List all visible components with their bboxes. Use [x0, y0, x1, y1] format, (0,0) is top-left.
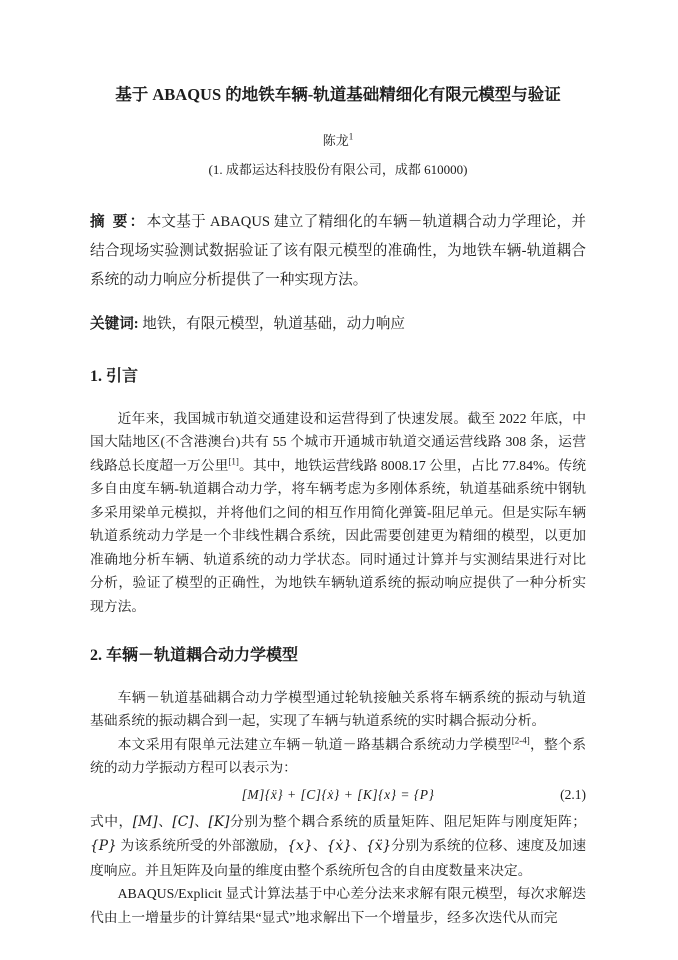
matrix-k-symbol: [K]	[208, 814, 229, 830]
abstract-paragraph: 摘 要：本文基于 ABAQUS 建立了精细化的车辆－轨道耦合动力学理论，并结合现…	[90, 208, 586, 295]
equation-expression: [M]{ẍ} + [C]{ẋ} + [K]{x} = {P}	[242, 787, 435, 802]
abstract-text: 本文基于 ABAQUS 建立了精细化的车辆－轨道耦合动力学理论，并结合现场实验测…	[90, 214, 586, 288]
affiliation: (1. 成都运达科技股份有限公司，成都 610000)	[90, 159, 586, 178]
eq-desc-text: 、	[158, 814, 173, 829]
vector-x-symbol: {x}	[287, 838, 312, 854]
citation-ref-2-4: [2-4]	[512, 735, 530, 745]
eq-desc-text: 、	[352, 838, 366, 853]
abstract-label: 摘 要：	[90, 214, 147, 230]
matrix-c-symbol: [C]	[172, 814, 193, 830]
eq-desc-text: 为该系统所受的外部激励，	[117, 838, 287, 853]
matrix-m-symbol: [M]	[133, 814, 158, 830]
equation-description-paragraph: 式中，[M]、[C]、[K]分别为整个耦合系统的质量矩阵、阻尼矩阵与刚度矩阵；{…	[90, 810, 586, 883]
document-page: 基于 ABAQUS 的地铁车辆-轨道基础精细化有限元模型与验证 陈龙1 (1. …	[0, 0, 678, 960]
keywords-paragraph: 关键词: 地铁，有限元模型，轨道基础，动力响应	[90, 310, 586, 339]
eq-desc-text: 、	[194, 814, 209, 829]
author-name: 陈龙	[323, 133, 349, 148]
paper-title: 基于 ABAQUS 的地铁车辆-轨道基础精细化有限元模型与验证	[90, 84, 586, 106]
author-line: 陈龙1	[90, 130, 586, 149]
keywords-text: 地铁，有限元模型，轨道基础，动力响应	[139, 316, 405, 332]
author-superscript: 1	[349, 132, 354, 142]
section-2-paragraph-2: 本文采用有限单元法建立车辆－轨道－路基耦合系统动力学模型[2-4]，整个系统的动…	[90, 733, 586, 780]
vector-p-symbol: {P}	[90, 838, 117, 854]
keywords-label: 关键词:	[90, 316, 139, 332]
intro-text-post: 。其中，地铁运营线路 8008.17 公里，占比 77.84%。传统多自由度车辆…	[90, 458, 586, 614]
model-text-pre: 本文采用有限单元法建立车辆－轨道－路基耦合系统动力学模型	[118, 737, 512, 752]
section-2-heading: 2. 车辆－轨道耦合动力学模型	[90, 646, 586, 667]
eq-desc-text: 式中，	[90, 814, 133, 829]
section-1-paragraph: 近年来，我国城市轨道交通建设和运营得到了快速发展。截至 2022 年底，中国大陆…	[90, 407, 586, 619]
vector-xddot-symbol: {ẍ}	[366, 838, 391, 854]
eq-desc-text: 分别为整个耦合系统的质量矩阵、阻尼矩阵与刚度矩阵；	[230, 814, 586, 829]
eq-desc-text: 、	[313, 838, 327, 853]
equation-number: (2.1)	[560, 783, 586, 807]
section-2-paragraph-1: 车辆－轨道基础耦合动力学模型通过轮轨接触关系将车辆系统的振动与轨道基础系统的振动…	[90, 686, 586, 733]
equation-2-1: [M]{ẍ} + [C]{ẋ} + [K]{x} = {P} (2.1)	[90, 783, 586, 807]
section-1-heading: 1. 引言	[90, 367, 586, 388]
citation-ref-1: [1]	[228, 456, 239, 466]
vector-xdot-symbol: {ẋ}	[327, 838, 352, 854]
section-2-paragraph-3: ABAQUS/Explicit 显式计算法基于中心差分法来求解有限元模型，每次求…	[90, 882, 586, 929]
